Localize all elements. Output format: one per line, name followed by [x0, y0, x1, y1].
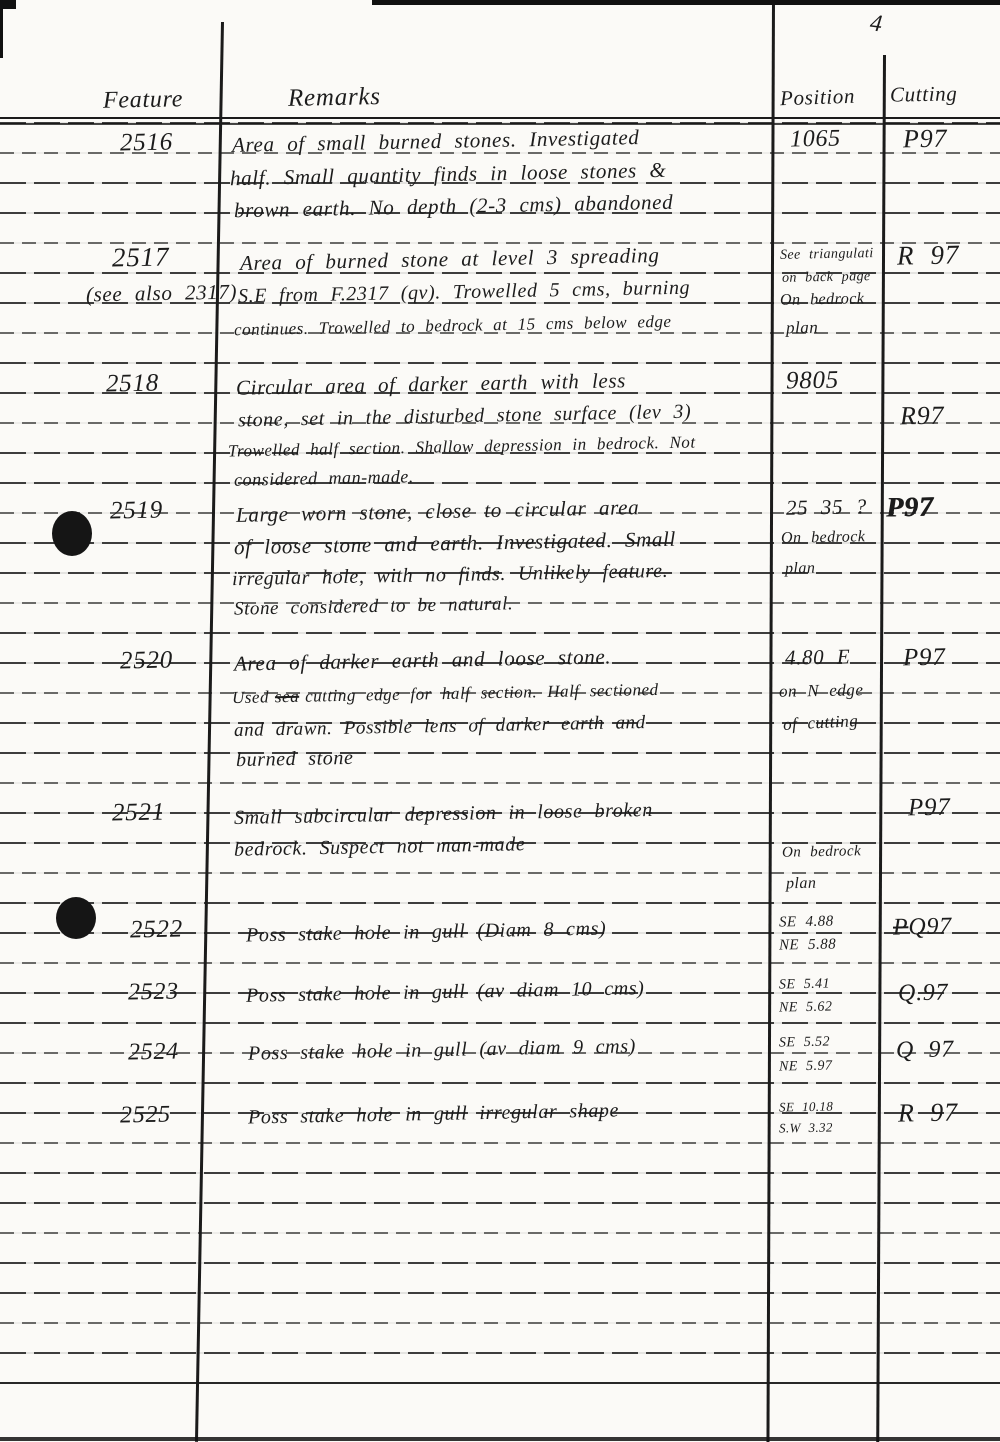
- position-line: 9805: [786, 367, 839, 393]
- ruled-line: [0, 632, 1000, 634]
- remarks-line: Area of burned stone at level 3 spreadin…: [240, 245, 660, 274]
- header-underline: [0, 123, 1000, 125]
- remarks-line: half. Small quantity finds in loose ston…: [230, 160, 667, 189]
- position-line: 25 35 ?: [786, 496, 867, 519]
- position-line: 4.80 E: [785, 646, 851, 668]
- remarks-line: irregular hole, with no finds. Unlikely …: [232, 561, 669, 589]
- struck-cutting: P: [893, 914, 909, 940]
- position-line: SE 4.88: [779, 914, 834, 930]
- position-line: NE 5.88: [779, 937, 836, 953]
- cutting-ref: P97: [886, 494, 934, 523]
- position-line: 1065: [790, 127, 841, 152]
- position-line: SE 10.18: [779, 1099, 833, 1113]
- remarks-line: considered man-made.: [234, 467, 414, 488]
- ruled-line: [0, 1382, 1000, 1384]
- cutting-ref: Q 97: [896, 1037, 954, 1062]
- remarks-line: Stone considered to be natural.: [234, 594, 514, 618]
- remarks-line: brown earth. No depth (2-3 cms) abandone…: [234, 192, 674, 221]
- column-header-position: Position: [780, 86, 856, 110]
- feature-number: 2522: [130, 916, 183, 942]
- ruled-line: [0, 1292, 1000, 1294]
- struck-word: sea: [275, 687, 300, 706]
- ruled-line: [0, 1262, 1000, 1264]
- ruled-line: [0, 782, 1000, 784]
- ruled-line: [0, 362, 1000, 364]
- feature-note: (see also 2317): [86, 282, 238, 306]
- remarks-line: Area of darker earth and loose stone.: [234, 646, 612, 674]
- feature-number: 2516: [120, 129, 173, 155]
- header-underline: [0, 117, 1000, 119]
- cutting-ref: R 97: [898, 1099, 958, 1126]
- ruled-line: [0, 962, 1000, 964]
- remarks-line: bedrock. Suspect not man-made: [234, 834, 526, 860]
- position-line: On bedrock: [782, 844, 861, 861]
- scanned-register-page: 4 Feature Remarks Position Cutting 2516 …: [0, 0, 1000, 1442]
- ruled-line: [0, 752, 1000, 754]
- position-line: On bedrock: [780, 291, 865, 309]
- remarks-line: and drawn. Possible lens of darker earth…: [234, 713, 646, 740]
- column-header-remarks: Remarks: [288, 84, 381, 111]
- ruled-line: [0, 482, 1000, 484]
- column-header-feature: Feature: [103, 87, 184, 113]
- position-line: NE 5.62: [779, 1000, 833, 1015]
- position-line: plan: [786, 876, 817, 893]
- remarks-text: Used: [232, 687, 269, 707]
- position-line: of cutting: [783, 712, 859, 733]
- cutting-ref: P97: [903, 126, 948, 153]
- column-divider-remarks-position: [766, 0, 775, 1442]
- remarks-line: of loose stone and earth. Investigated. …: [234, 529, 676, 558]
- ruled-line: [0, 1232, 1000, 1234]
- punch-hole: [52, 511, 92, 556]
- remarks-line: Circular area of darker earth with less: [236, 370, 626, 398]
- ruled-line: [0, 1142, 1000, 1144]
- position-line: NE 5.97: [779, 1059, 833, 1074]
- remarks-line: Poss stake hole in gull (av diam 10 cms): [246, 978, 645, 1006]
- remarks-line: Poss stake hole in gull (Diam 8 cms): [246, 919, 607, 946]
- feature-number: 2524: [128, 1040, 179, 1065]
- remarks-line: Trowelled half section. Shallow depressi…: [228, 434, 696, 460]
- position-line: SE 5.52: [779, 1036, 830, 1051]
- ruled-line: [0, 1352, 1000, 1354]
- position-line: S.W 3.32: [779, 1120, 833, 1134]
- feature-number: 2521: [112, 799, 165, 825]
- position-line: on N edge: [779, 681, 864, 700]
- bottom-border: [0, 1437, 1000, 1441]
- position-line: See triangulati: [780, 247, 874, 263]
- ruled-line: [0, 902, 1000, 904]
- position-line: SE 5.41: [779, 978, 830, 993]
- cutting-ref: P97: [908, 795, 951, 821]
- remarks-text: cutting edge for half section. Half sect…: [305, 680, 659, 706]
- ruled-line: [0, 872, 1000, 874]
- page-number: 4: [869, 11, 885, 36]
- remarks-line: burned stone: [236, 748, 354, 770]
- feature-number: 2520: [120, 647, 173, 673]
- top-border: [372, 0, 1000, 5]
- remarks-line: Usedseacutting edge for half section. Ha…: [232, 681, 659, 706]
- left-edge-mark: [0, 0, 3, 58]
- cutting-ref: Q.97: [898, 981, 949, 1006]
- ruled-line: [0, 1202, 1000, 1204]
- remarks-line: Poss stake hole in gull irregular shape: [248, 1100, 619, 1127]
- remarks-line: stone, set in the disturbed stone surfac…: [238, 402, 692, 431]
- ruled-line: [0, 1172, 1000, 1174]
- feature-number: 2519: [110, 497, 163, 523]
- feature-number: 2523: [128, 980, 179, 1005]
- remarks-line: Large worn stone, close to circular area: [236, 497, 640, 526]
- cutting-ref: R 97: [897, 241, 960, 269]
- ruled-line: [0, 1022, 1000, 1024]
- cutting-ref: P97: [903, 645, 946, 671]
- remarks-line: continues. Trowelled to bedrock at 15 cm…: [234, 313, 672, 338]
- ruled-line: [0, 1082, 1000, 1084]
- remarks-line: Poss stake hole in gull (av diam 9 cms): [248, 1036, 636, 1063]
- ruled-line: [0, 1322, 1000, 1324]
- cutting-text: Q97: [908, 913, 952, 940]
- column-divider-feature-remarks: [195, 22, 224, 1442]
- feature-number: 2518: [106, 370, 159, 396]
- cutting-ref: PQ97: [893, 914, 952, 939]
- position-line: plan: [785, 561, 816, 578]
- position-line: On bedrock: [781, 529, 866, 547]
- remarks-line: Small subcircular depression in loose br…: [234, 800, 653, 828]
- column-header-cutting: Cutting: [890, 83, 958, 105]
- cutting-ref: R97: [900, 403, 945, 430]
- position-line: plan: [786, 319, 819, 337]
- punch-hole: [56, 897, 96, 939]
- position-line: on back page: [782, 270, 871, 286]
- feature-number: 2517: [112, 243, 170, 271]
- feature-number: 2525: [120, 1103, 171, 1128]
